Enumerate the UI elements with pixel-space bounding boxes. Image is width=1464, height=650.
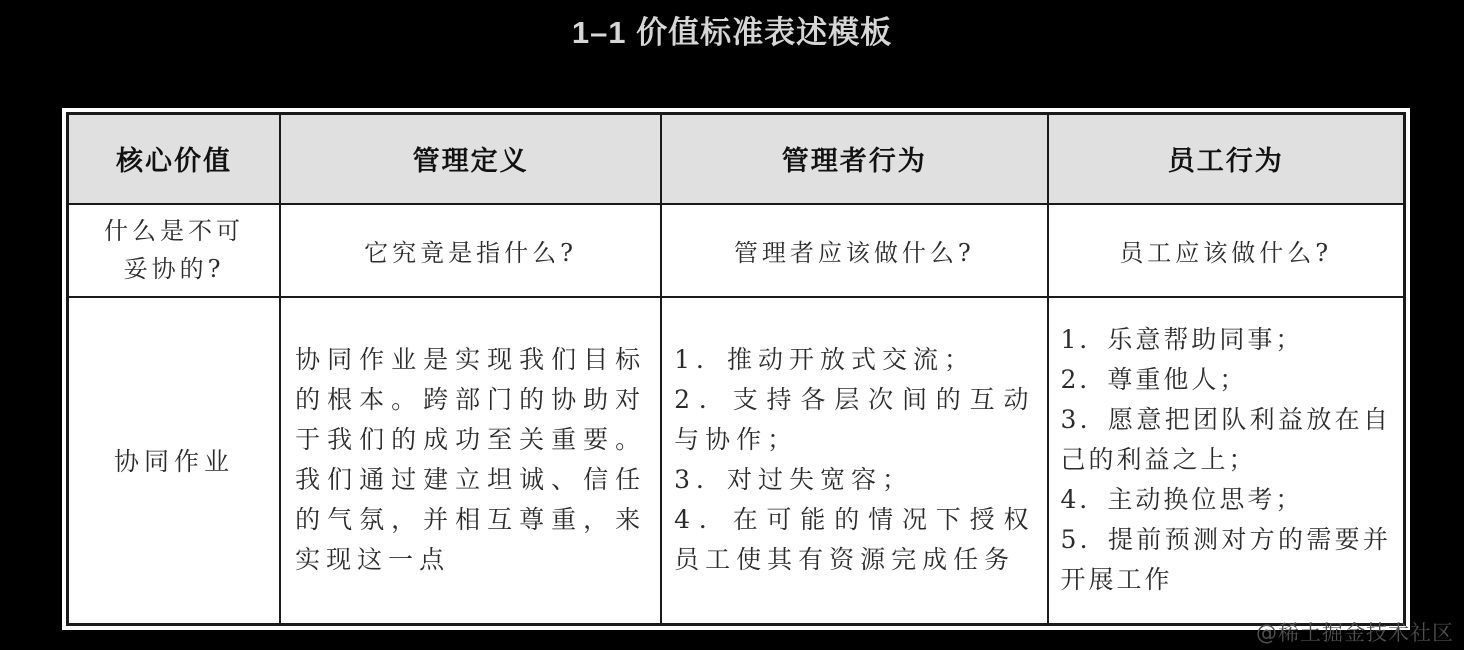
- manager-behaviors-cell: 1．推动开放式交流； 2．支持各层次间的互动与协作； 3．对过失宽容； 4．在可…: [661, 297, 1047, 625]
- value-standard-table: 核心价值 管理定义 管理者行为 员工行为 什么是不可妥协的? 它究竟是指什么? …: [66, 112, 1406, 626]
- question-employee: 员工应该做什么?: [1048, 204, 1405, 297]
- manager-behavior-item: 2．支持各层次间的互动与协作；: [674, 380, 1034, 460]
- employee-behavior-item: 3．愿意把团队利益放在自己的利益之上；: [1061, 400, 1392, 480]
- header-row: 核心价值 管理定义 管理者行为 员工行为: [68, 114, 1405, 204]
- question-definition: 它究竟是指什么?: [280, 204, 661, 297]
- employee-behavior-item: 5．提前预测对方的需要并开展工作: [1061, 520, 1392, 600]
- employee-behaviors-cell: 1．乐意帮助同事； 2．尊重他人； 3．愿意把团队利益放在自己的利益之上； 4．…: [1048, 297, 1405, 625]
- col-header-manager-behavior: 管理者行为: [661, 114, 1047, 204]
- employee-behavior-item: 2．尊重他人；: [1061, 360, 1392, 400]
- manager-behavior-item: 1．推动开放式交流；: [674, 340, 1034, 380]
- manager-behavior-item: 3．对过失宽容；: [674, 460, 1034, 500]
- page-title: 1–1 价值标准表述模板: [0, 7, 1464, 52]
- employee-behavior-item: 1．乐意帮助同事；: [1061, 320, 1392, 360]
- table-panel: 核心价值 管理定义 管理者行为 员工行为 什么是不可妥协的? 它究竟是指什么? …: [62, 108, 1410, 630]
- question-core-value: 什么是不可妥协的?: [68, 204, 281, 297]
- col-header-core-value: 核心价值: [68, 114, 281, 204]
- employee-behavior-item: 4．主动换位思考；: [1061, 480, 1392, 520]
- col-header-employee-behavior: 员工行为: [1048, 114, 1405, 204]
- core-value-cell: 协同作业: [68, 297, 281, 625]
- question-manager: 管理者应该做什么?: [661, 204, 1047, 297]
- manager-behavior-item: 4．在可能的情况下授权员工使其有资源完成任务: [674, 500, 1034, 580]
- watermark: @稀土掘金技术社区: [1256, 617, 1454, 647]
- question-row: 什么是不可妥协的? 它究竟是指什么? 管理者应该做什么? 员工应该做什么?: [68, 204, 1405, 297]
- content-row: 协同作业 协同作业是实现我们目标的根本。跨部门的协助对于我们的成功至关重要。我们…: [68, 297, 1405, 625]
- col-header-management-definition: 管理定义: [280, 114, 661, 204]
- definition-cell: 协同作业是实现我们目标的根本。跨部门的协助对于我们的成功至关重要。我们通过建立坦…: [280, 297, 661, 625]
